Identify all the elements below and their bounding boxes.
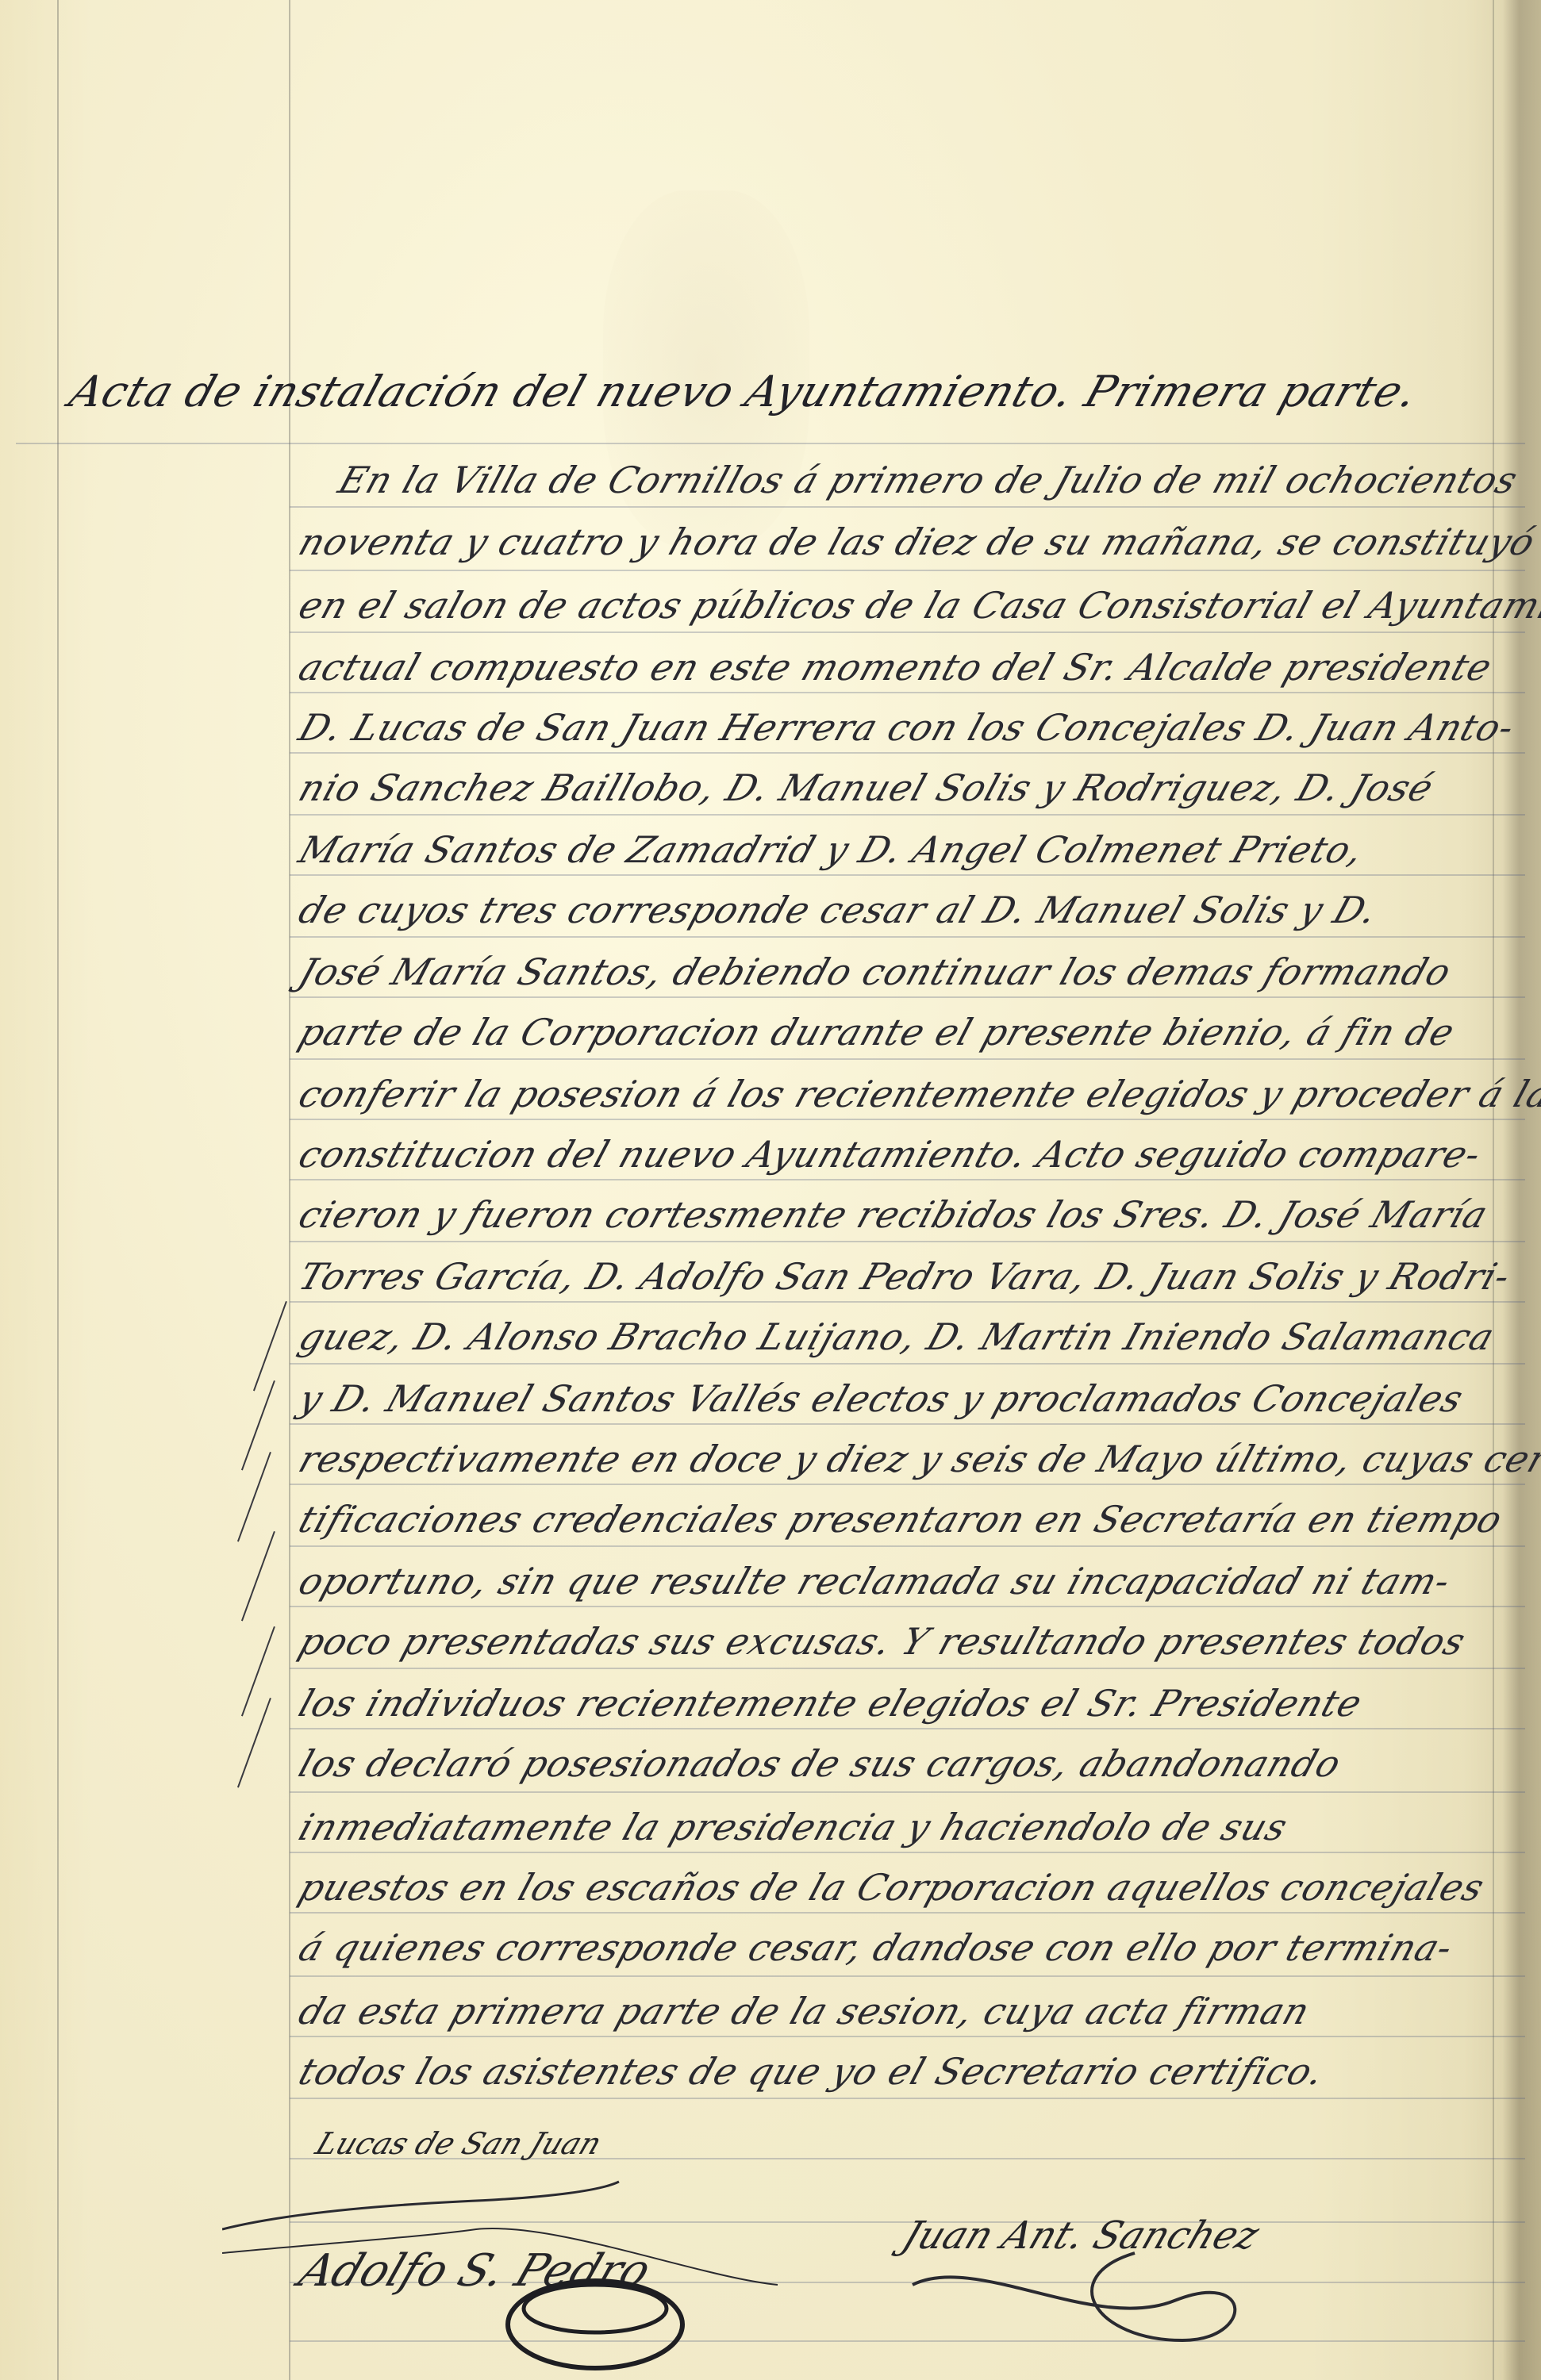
body-line: de cuyos tres corresponde cesar al D. Ma… [294,889,1383,931]
margin-slash-mark [241,1380,275,1470]
ruled-line [290,692,1525,693]
ruled-line [290,1363,1525,1365]
ruled-line [290,1728,1525,1729]
ruled-line [290,1423,1525,1425]
body-line: cieron y fueron cortesmente recibidos lo… [294,1193,1493,1236]
ruled-line [290,936,1525,938]
ruled-line [290,1301,1525,1303]
body-line: respectivamente en doce y diez y seis de… [294,1438,1541,1480]
body-line: y D. Manuel Santos Vallés electos y proc… [294,1377,1469,1420]
body-line: Torres García, D. Adolfo San Pedro Vara,… [294,1255,1516,1298]
body-line: en el salon de actos públicos de la Casa… [294,584,1541,627]
body-line: los individuos recientemente elegidos el… [294,1682,1368,1725]
document-title: Acta de instalación del nuevo Ayuntamien… [63,367,1424,416]
margin-slash-mark [241,1626,275,1716]
ruled-line [290,874,1525,876]
body-line: parte de la Corporacion durante el prese… [294,1011,1460,1054]
ruled-line [290,752,1525,754]
ruled-line [290,570,1525,571]
ruled-line [290,2036,1525,2037]
body-line: D. Lucas de San Juan Herrera con los Con… [294,706,1520,749]
body-line: todos los asistentes de que yo el Secret… [294,2050,1330,2093]
right-margin-line [1493,0,1494,2380]
body-line: á quienes corresponde cesar, dandose con… [294,1926,1458,1969]
margin-slash-mark [253,1301,287,1391]
body-line: oportuno, sin que resulte reclamada su i… [294,1560,1456,1603]
ruled-line [290,1852,1525,1853]
body-line: guez, D. Alonso Bracho Luijano, D. Marti… [294,1315,1501,1358]
faint-stamp-bleedthrough [71,84,255,138]
body-line: constitucion del nuevo Ayuntamiento. Act… [294,1133,1487,1176]
ruled-line [16,443,1525,444]
ruled-line [290,814,1525,816]
body-line: noventa y cuatro y hora de las diez de s… [294,520,1541,563]
document-page: Acta de instalación del nuevo Ayuntamien… [0,0,1541,2380]
ruled-line [290,1179,1525,1180]
body-line: tificaciones credenciales presentaron en… [294,1498,1508,1541]
ruled-line [290,1912,1525,1914]
body-line: José María Santos, debiendo continuar lo… [294,950,1457,993]
ruled-line [290,1975,1525,1977]
body-line: En la Villa de Cornillos á primero de Ju… [333,459,1524,501]
body-line: inmediatamente la presidencia y haciendo… [294,1806,1293,1848]
ruled-line [290,996,1525,998]
body-line: nio Sanchez Baillobo, D. Manuel Solis y … [294,766,1439,809]
ruled-line [290,2098,1525,2099]
signature-flourish-icon [222,2158,1270,2380]
ruled-line [290,506,1525,508]
body-line: da esta primera parte de la sesion, cuya… [294,1990,1316,2033]
ruled-line [290,1484,1525,1485]
body-line: conferir la posesion á los recientemente… [294,1073,1541,1115]
ruled-line [290,631,1525,633]
signature-lucas-de-san-juan: Lucas de San Juan [311,2126,606,2161]
ruled-line [290,1606,1525,1607]
inner-margin-line [289,0,290,2380]
ruled-line [290,1119,1525,1120]
ruled-line [290,1241,1525,1242]
body-line: puestos en los escaños de la Corporacion… [294,1866,1490,1909]
body-line: los declaró posesionados de sus cargos, … [294,1742,1347,1785]
margin-slash-mark [241,1531,275,1621]
outer-margin-line [57,0,59,2380]
ruled-line [290,1791,1525,1793]
body-line: poco presentadas sus excusas. Y resultan… [294,1620,1471,1663]
body-line: actual compuesto en este momento del Sr.… [294,646,1497,689]
ruled-line [290,1058,1525,1060]
ruled-line [290,1668,1525,1669]
body-line: María Santos de Zamadrid y D. Angel Colm… [294,828,1370,871]
ruled-line [290,1545,1525,1547]
